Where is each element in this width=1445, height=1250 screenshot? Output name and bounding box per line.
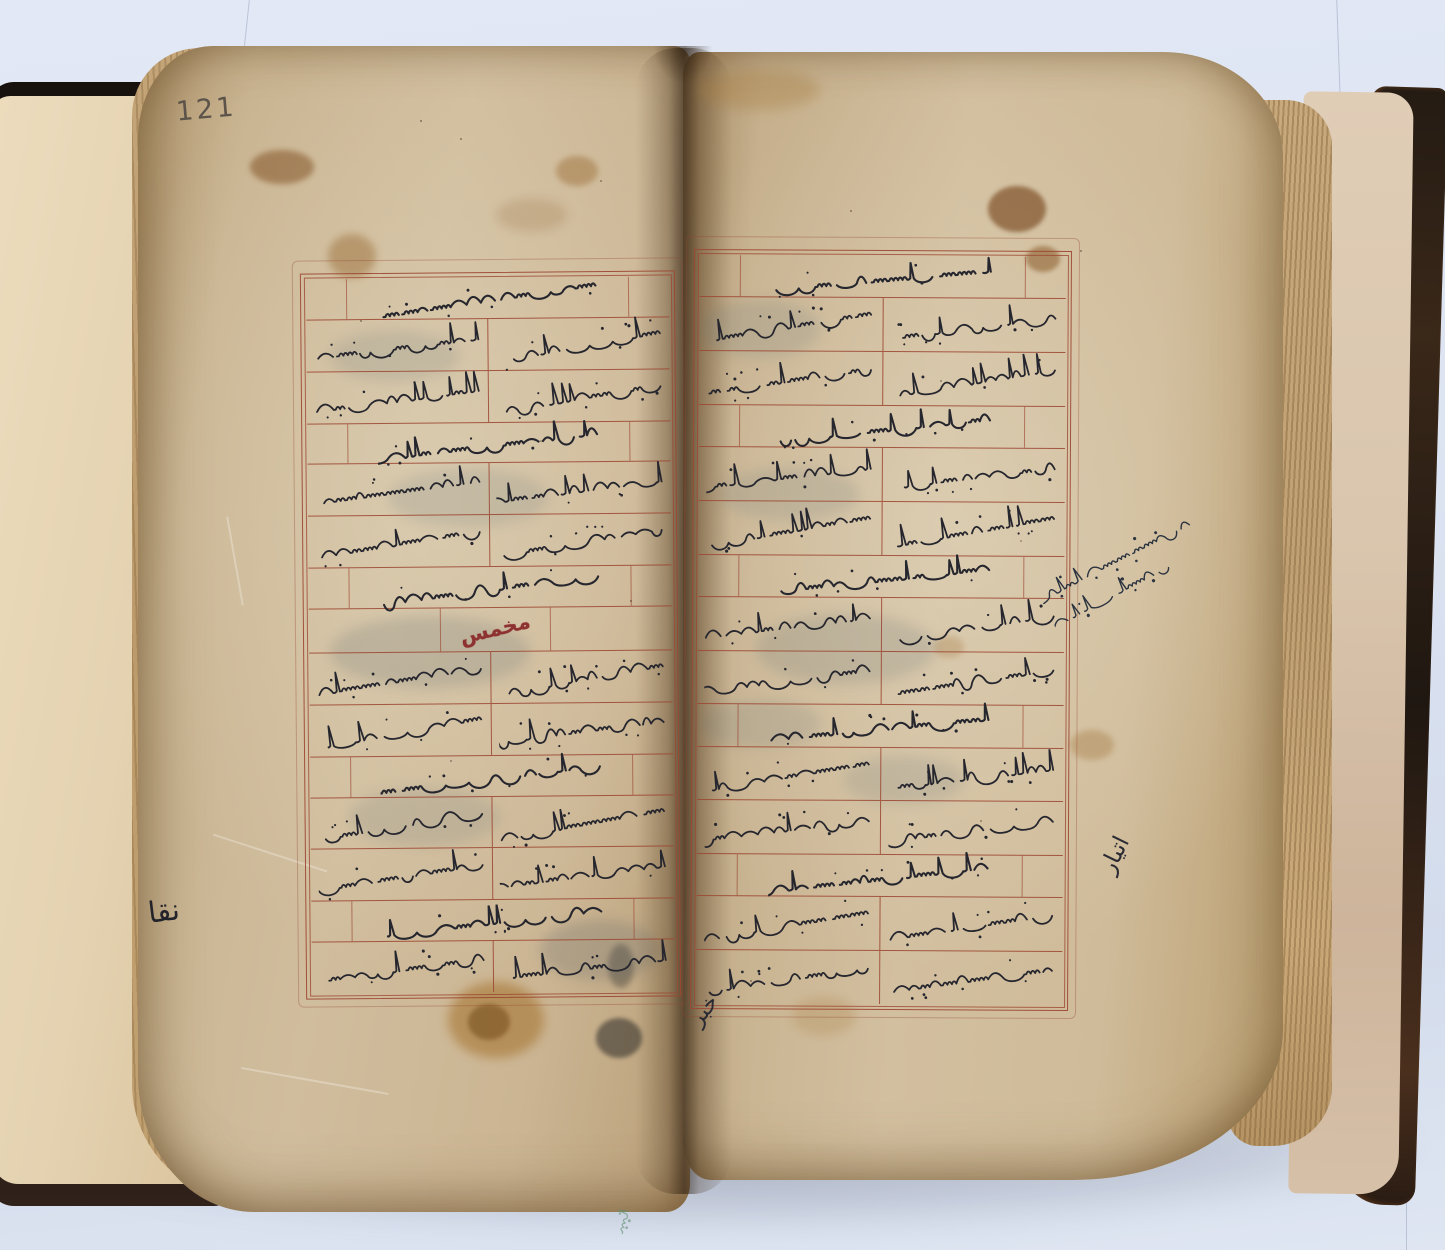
hemistich-cell <box>879 951 1063 1005</box>
grid-cell <box>700 255 740 296</box>
grid-cell <box>350 755 633 797</box>
refrain-row <box>697 704 1063 748</box>
script-line <box>492 930 678 1001</box>
grid-cell <box>308 568 348 608</box>
hemistich-cell <box>697 800 880 854</box>
hemistich-cell <box>493 939 675 991</box>
refrain-row <box>699 405 1065 449</box>
verse-row <box>696 950 1062 1005</box>
stain <box>988 186 1046 232</box>
hemistich-cell <box>698 651 881 705</box>
grid-cell <box>307 424 347 464</box>
grid-cell <box>347 421 630 463</box>
grid-cell <box>738 705 1024 748</box>
verse-row <box>697 747 1063 803</box>
stain <box>496 198 568 232</box>
grid-cell <box>346 277 629 319</box>
hemistich-cell <box>698 501 881 555</box>
verse-row <box>699 447 1065 503</box>
grid-cell <box>699 405 739 446</box>
left-text-frame: مخمس <box>300 270 681 999</box>
grid-cell <box>311 902 351 942</box>
grid-cell <box>740 255 1026 298</box>
verse-row <box>699 297 1065 353</box>
grid-cell <box>348 566 631 608</box>
grid-cell <box>351 899 634 941</box>
hemistich-cell <box>312 941 493 993</box>
grid-cell <box>309 608 440 652</box>
ink-blob <box>596 1018 642 1058</box>
paper-speck <box>420 120 422 122</box>
page-number: 121 <box>175 91 238 127</box>
hemistich-cell <box>311 848 492 900</box>
verse-row <box>696 896 1062 952</box>
stain <box>328 234 376 278</box>
grid-cell <box>631 565 671 605</box>
hemistich-cell <box>310 704 491 756</box>
script-line <box>695 791 882 864</box>
grid-cell <box>739 405 1025 448</box>
right-text-frame <box>690 249 1072 1011</box>
hemistich-cell <box>308 515 489 567</box>
grid-cell <box>306 279 346 319</box>
stain <box>700 70 820 110</box>
verse-row <box>309 650 672 705</box>
background-crease <box>1336 0 1340 100</box>
verse-row <box>312 939 675 993</box>
verse-row <box>698 597 1064 653</box>
stain <box>556 156 598 186</box>
grid-cell <box>697 704 737 745</box>
grid-cell <box>310 757 350 797</box>
refrain-row <box>700 255 1066 299</box>
hemistich-cell <box>699 351 882 405</box>
grid-cell <box>738 555 1024 598</box>
hemistich-cell <box>696 950 879 1004</box>
hemistich-cell <box>307 371 488 423</box>
script-line <box>877 940 1065 1016</box>
stain <box>1070 730 1114 760</box>
refrain-row <box>308 565 671 609</box>
grid-cell <box>697 854 737 895</box>
grid-cell <box>737 854 1023 897</box>
stain <box>250 150 314 184</box>
manuscript-photo: مخمس 121 نقا اتيار خبر <box>0 0 1445 1250</box>
grid-cell <box>698 555 738 596</box>
stain <box>468 1004 510 1040</box>
left-margin-gloss: نقا <box>146 892 181 930</box>
